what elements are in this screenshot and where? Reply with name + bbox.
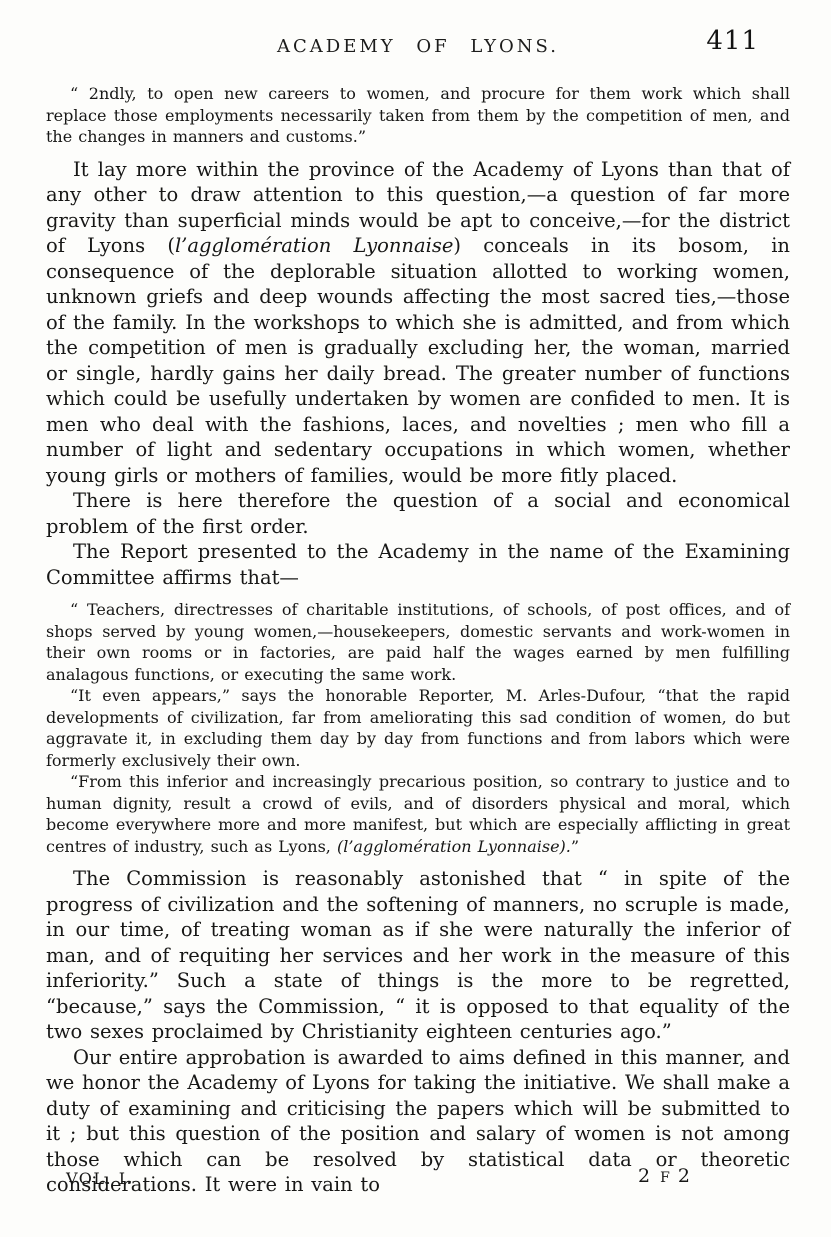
signature-part: 2 <box>678 1165 692 1187</box>
para-commission-astonished: The Commission is reasonably astonished … <box>46 866 790 1045</box>
page-number: 411 <box>706 26 759 56</box>
quote-2ndly: “ 2ndly, to open new careers to women, a… <box>46 83 790 148</box>
printer-signature: 2 F 2 <box>638 1165 692 1187</box>
running-header-title: ACADEMY OF LYONS. <box>46 36 790 57</box>
text-column: “ 2ndly, to open new careers to women, a… <box>46 76 790 1198</box>
signature-part: F <box>660 1170 670 1186</box>
page-footer: VOL. I. 2 F 2 <box>46 1165 785 1189</box>
signature-part: 2 <box>638 1165 652 1187</box>
report-quote-block: “ Teachers, directresses of charitable i… <box>46 599 790 857</box>
para-report-intro: The Report presented to the Academy in t… <box>46 539 790 590</box>
para-social-problem: There is here therefore the question of … <box>46 488 790 539</box>
quote-arles-dufour: “It even appears,” says the honorable Re… <box>46 685 790 771</box>
running-header: ACADEMY OF LYONS. <box>46 36 790 66</box>
book-page: ACADEMY OF LYONS. 411 “ 2ndly, to open n… <box>0 0 831 1237</box>
para-academy-province: It lay more within the province of the A… <box>46 157 790 489</box>
volume-label: VOL. I. <box>66 1169 133 1188</box>
quote-inferior-position: “From this inferior and increasingly pre… <box>46 771 790 857</box>
opening-quote-block: “ 2ndly, to open new careers to women, a… <box>46 83 790 148</box>
quote-teachers: “ Teachers, directresses of charitable i… <box>46 599 790 685</box>
